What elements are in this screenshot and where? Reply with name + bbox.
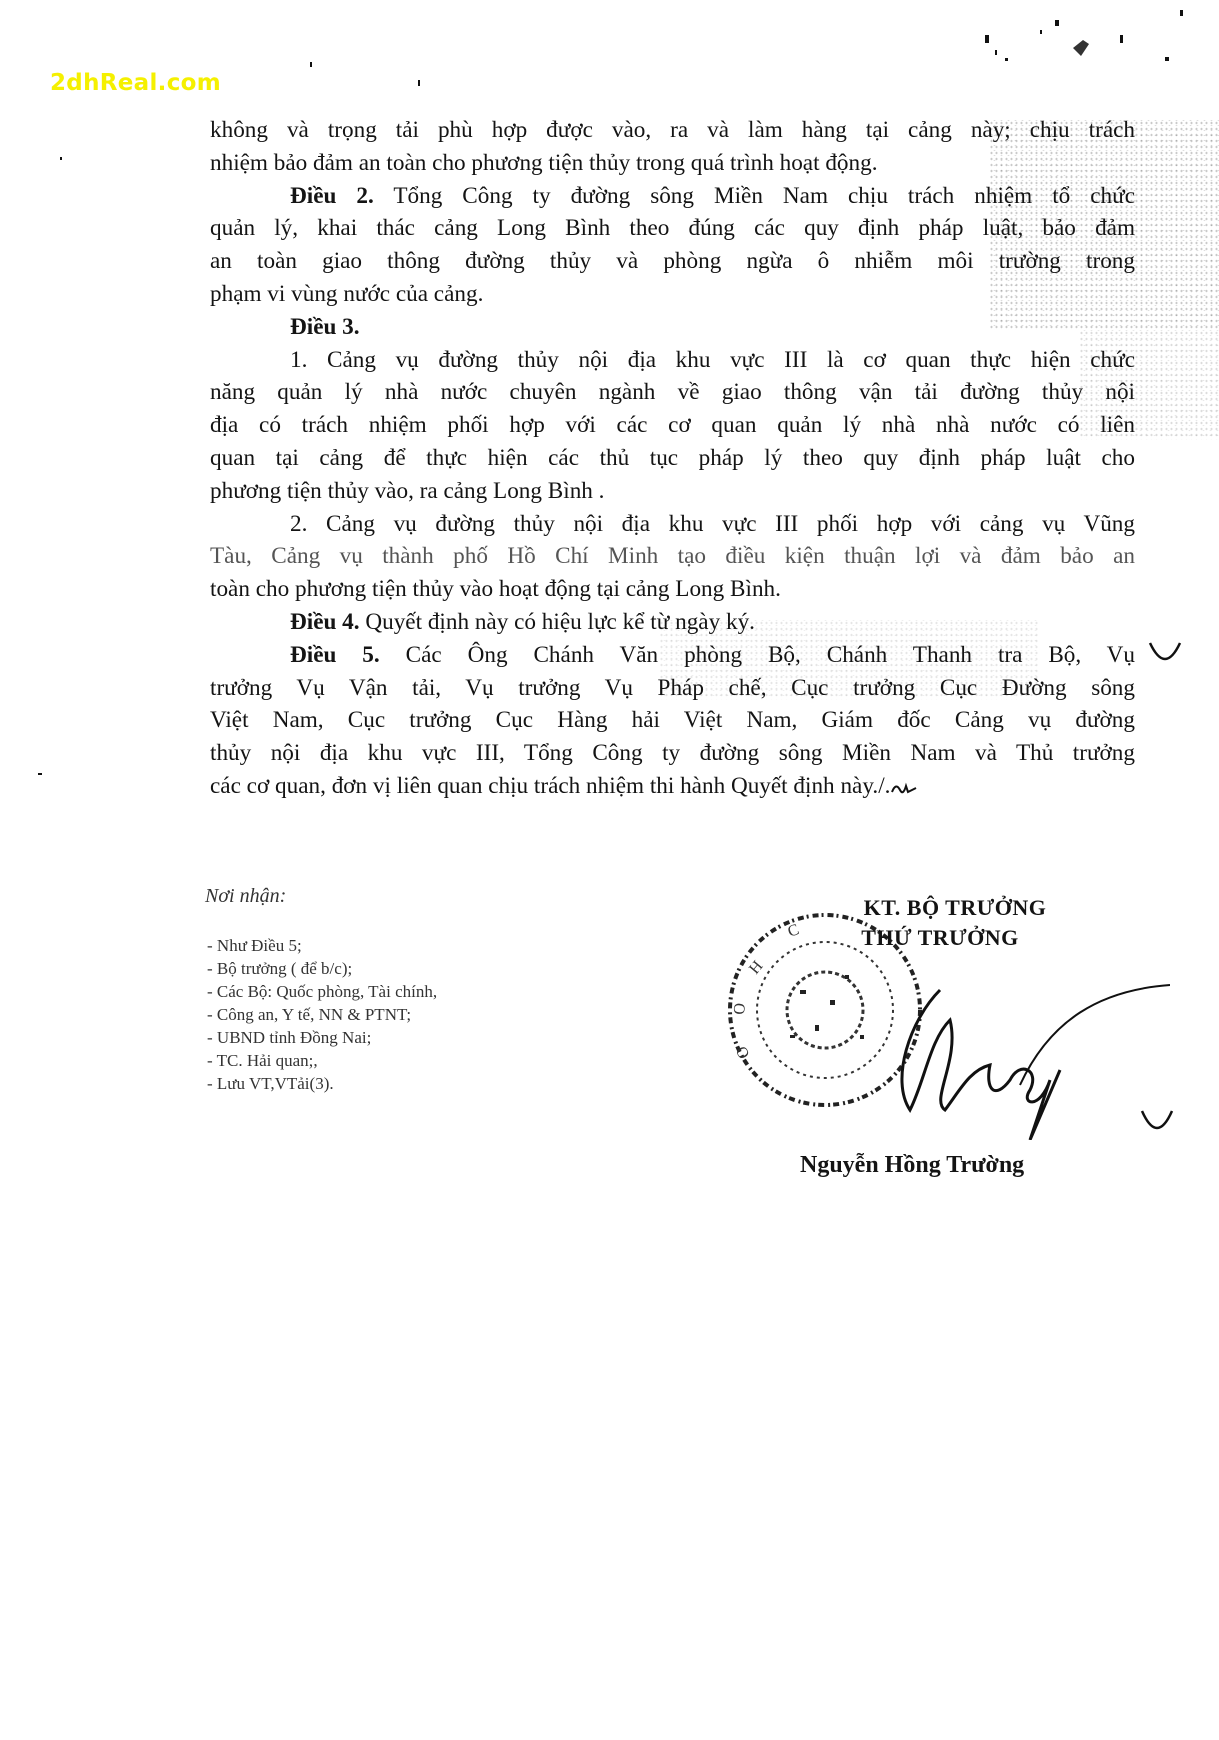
body-line: Tàu, Cảng vụ thành phố Hồ Chí Minh tạo đ… (210, 540, 1135, 573)
signer-role-primary: KT. BỘ TRƯỞNG (820, 893, 1090, 923)
body-line: 1. Cảng vụ đường thủy nội địa khu vực II… (210, 344, 1135, 377)
body-line: trưởng Vụ Vận tải, Vụ trưởng Vụ Pháp chế… (210, 672, 1135, 705)
svg-text:O: O (733, 1043, 754, 1062)
article-3-heading: Điều 3. (210, 311, 1135, 344)
recipient-item: - Bộ trưởng ( để b/c); (205, 957, 437, 980)
svg-text:O: O (731, 1002, 749, 1015)
body-line: quan tại cảng để thực hiện các thủ tục p… (210, 442, 1135, 475)
article-2-label: Điều 2. (290, 183, 374, 209)
signer-block: KT. BỘ TRƯỞNG THỨ TRƯỞNG (790, 893, 1090, 953)
body-line: địa có trách nhiệm phối hợp với các cơ q… (210, 409, 1135, 442)
recipients-block: Nơi nhận: - Như Điều 5; - Bộ trưởng ( để… (205, 885, 437, 1095)
body-line: thủy nội địa khu vực III, Tổng Công ty đ… (210, 737, 1135, 770)
body-line: an toàn giao thông đường thủy và phòng n… (210, 245, 1135, 278)
recipients-title: Nơi nhận: (205, 885, 437, 908)
article-5-label: Điều 5. (290, 642, 380, 668)
body-line: phương tiện thủy vào, ra cảng Long Bình … (210, 475, 1135, 508)
article-5-heading: Điều 5. Các Ông Chánh Văn phòng Bộ, Chán… (210, 639, 1135, 672)
body-line: không và trọng tải phù hợp được vào, ra … (210, 114, 1135, 147)
body-line: các cơ quan, đơn vị liên quan chịu trách… (210, 770, 1135, 803)
punch-hole-icon (1137, 1105, 1177, 1145)
punch-hole-icon (1145, 635, 1185, 675)
recipient-item: - Như Điều 5; (205, 934, 437, 957)
signer-name: Nguyễn Hồng Trường (800, 1152, 1024, 1179)
recipient-item: - Các Bộ: Quốc phòng, Tài chính, (205, 980, 437, 1003)
recipient-item: - TC. Hải quan;, (205, 1049, 437, 1072)
article-3-label: Điều 3. (290, 314, 360, 340)
body-line: phạm vi vùng nước của cảng. (210, 278, 1135, 311)
recipient-item: - Công an, Y tế, NN & PTNT; (205, 1003, 437, 1026)
body-line: quản lý, khai thác cảng Long Bình theo đ… (210, 212, 1135, 245)
watermark: 2dhReal.com (50, 70, 221, 96)
signature-icon (870, 960, 1170, 1140)
body-line: năng quản lý nhà nước chuyên ngành về gi… (210, 376, 1135, 409)
body-line: nhiệm bảo đảm an toàn cho phương tiện th… (210, 147, 1135, 180)
body-line: toàn cho phương tiện thủy vào hoạt động … (210, 573, 1135, 606)
article-4-label: Điều 4. (290, 609, 360, 635)
body-line: Việt Nam, Cục trưởng Cục Hàng hải Việt N… (210, 704, 1135, 737)
recipient-item: - Lưu VT,VTải(3). (205, 1072, 437, 1095)
article-2-heading: Điều 2. Tổng Công ty đường sông Miền Nam… (210, 180, 1135, 213)
body-line: 2. Cảng vụ đường thủy nội địa khu vực II… (210, 508, 1135, 541)
signer-role-secondary: THỨ TRƯỞNG (790, 923, 1090, 953)
initials-mark-icon (890, 780, 920, 796)
recipient-item: - UBND tỉnh Đồng Nai; (205, 1026, 437, 1049)
article-4: Điều 4. Quyết định này có hiệu lực kể từ… (210, 606, 1135, 639)
document-body: không và trọng tải phù hợp được vào, ra … (210, 114, 1135, 803)
svg-text:H: H (746, 957, 767, 977)
